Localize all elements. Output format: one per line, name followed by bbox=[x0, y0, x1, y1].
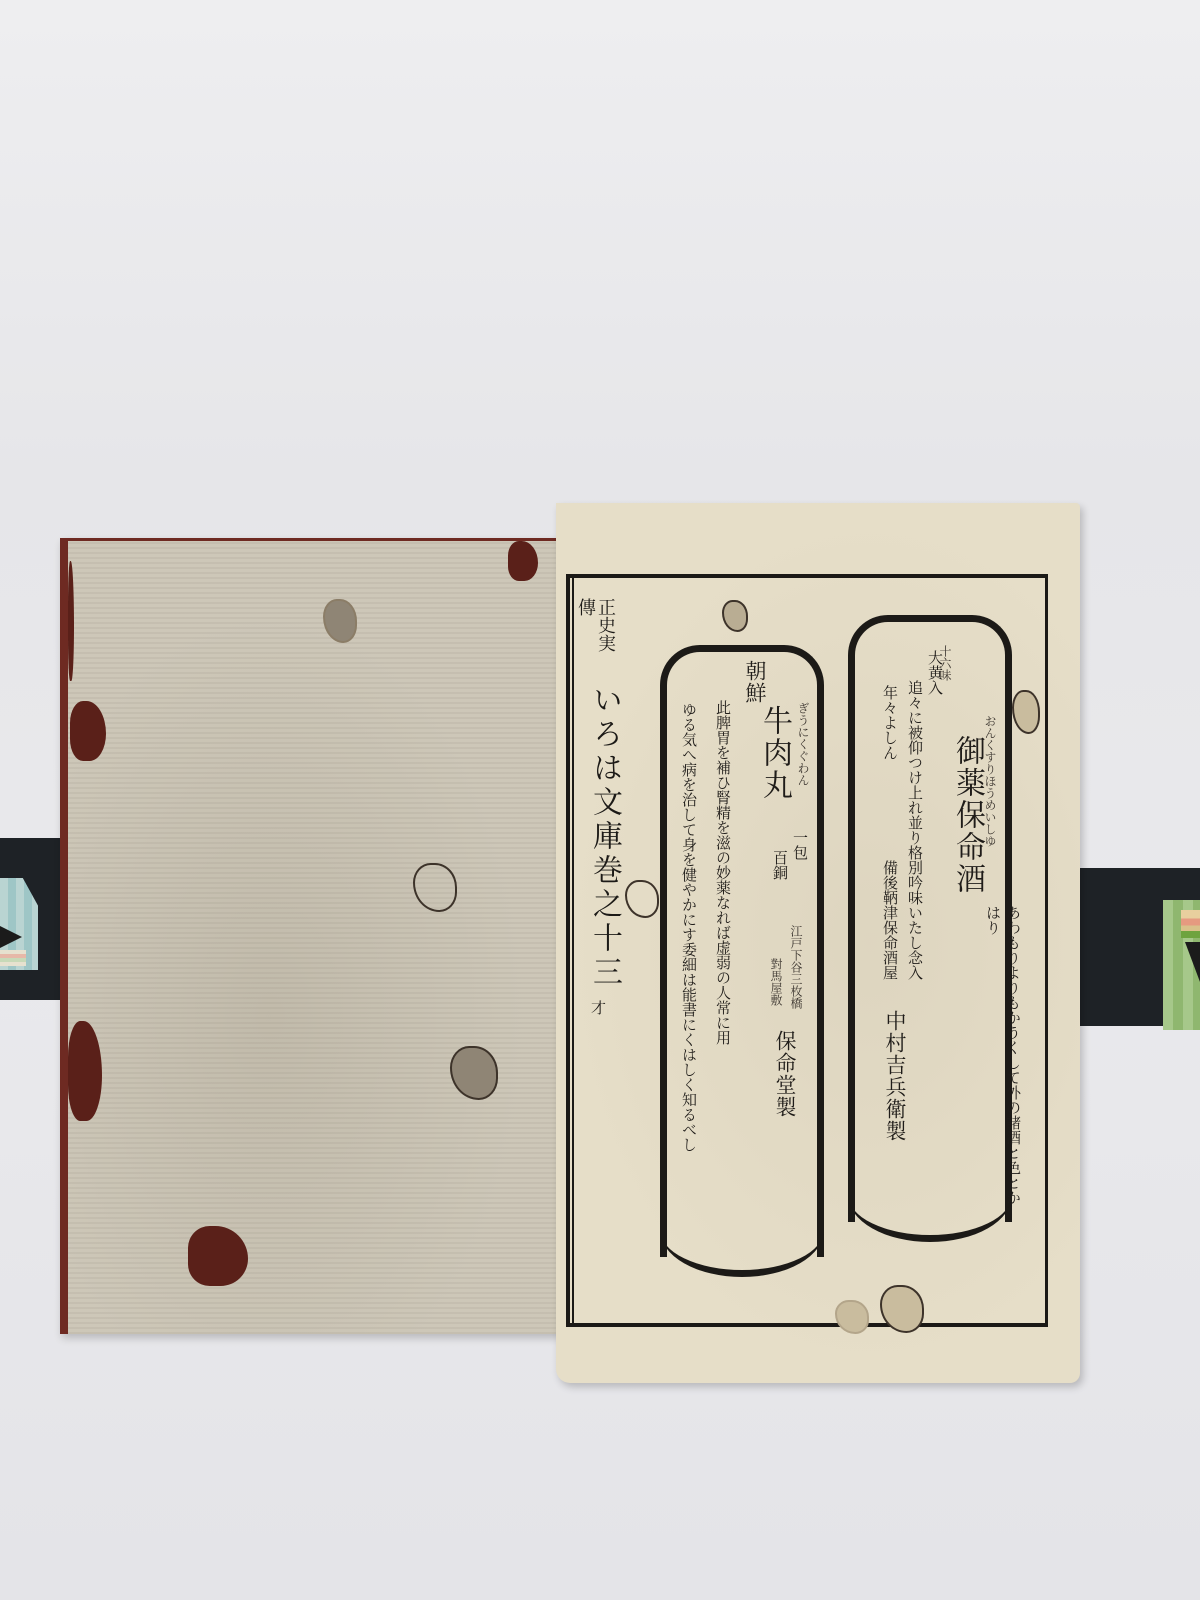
left-page bbox=[60, 538, 571, 1334]
advert-1-description-2: ゆる気へ病を治して身を健やかにす委細は能書にくはしく知るべし bbox=[678, 702, 700, 1222]
advert-1-location: 對馬屋敷 bbox=[768, 958, 785, 1006]
advert-2-origin: 備後鞆津保命酒屋 bbox=[880, 860, 901, 980]
right-decorative-tile bbox=[1163, 900, 1200, 1030]
advert-2-description-3: 年々よしん bbox=[880, 685, 901, 760]
hexagon-pattern-icon bbox=[0, 926, 22, 948]
advert-1-address: 江戸下谷三枚橋 bbox=[788, 925, 805, 1009]
stain bbox=[70, 701, 106, 761]
advert-1-quantity: 一包 bbox=[790, 830, 811, 860]
stain bbox=[508, 541, 538, 581]
worm-hole bbox=[323, 599, 357, 643]
advert-1-price: 百銅 bbox=[770, 850, 791, 880]
triangle-pattern-icon bbox=[1185, 942, 1200, 982]
worm-hole bbox=[413, 863, 457, 912]
advert-1-description-1: 此脾胃を補ひ腎精を滋の妙薬なれば虚弱の人常に用 bbox=[712, 700, 734, 1220]
advert-2-description-1: あわもりよりもかうくして外の諸酒と色とかはり bbox=[983, 905, 1023, 1205]
advert-2-description-2: 追々に被仰つけ上れ並り格別吟味いたし念入 bbox=[905, 680, 925, 1000]
stacked-pattern-icon bbox=[1181, 910, 1200, 938]
advert-1-product: 牛肉丸 bbox=[752, 705, 796, 801]
series-label: 正史実傳 bbox=[575, 598, 615, 668]
advert-2-product: 御薬保命酒 bbox=[945, 735, 989, 895]
advert-1-maker: 保命堂製 bbox=[770, 1030, 800, 1118]
stain bbox=[188, 1226, 248, 1286]
stain bbox=[68, 561, 74, 681]
stain bbox=[68, 1021, 102, 1121]
advert-1-origin: 朝鮮 bbox=[740, 660, 770, 704]
advert-2-maker: 中村吉兵衛製 bbox=[880, 1010, 910, 1142]
worm-hole bbox=[450, 1046, 498, 1100]
stripe-pattern-icon bbox=[0, 950, 26, 966]
advert-2-ingredient: 大黄入 bbox=[925, 650, 946, 695]
advert-1-reading: ぎうにくぐわん bbox=[795, 702, 812, 786]
volume-title: いろは文庫巻之十三 bbox=[582, 684, 626, 990]
page-mark: 才 bbox=[588, 1000, 609, 1015]
